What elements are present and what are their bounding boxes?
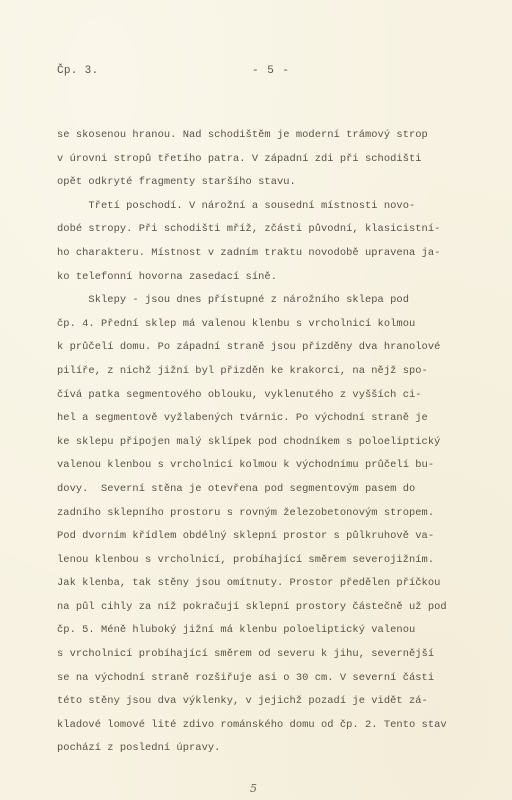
house-number-label: Čp. 3. bbox=[57, 65, 98, 77]
text-line: lenou klenbou s vrcholnicí, probíhající … bbox=[57, 549, 477, 573]
text-line: k průčelí domu. Po západní straně jsou p… bbox=[57, 336, 477, 360]
text-line: ko telefonní hovorna zasedací síně. bbox=[57, 266, 477, 290]
text-line: Jak klenba, tak stěny jsou omítnuty. Pro… bbox=[57, 572, 477, 596]
text-line: opět odkryté fragmenty staršího stavu. bbox=[57, 171, 477, 195]
text-line: této stěny jsou dva výklenky, v jejichž … bbox=[57, 690, 477, 714]
text-line: se skosenou hranou. Nad schodištěm je mo… bbox=[57, 124, 477, 148]
text-line: Sklepy - jsou dnes přístupné z nárožního… bbox=[57, 289, 477, 313]
text-line: dovy. Severní stěna je otevřena pod segm… bbox=[57, 478, 477, 502]
text-line: dobé stropy. Při schodišti mříž, zčásti … bbox=[57, 218, 477, 242]
text-line: s vrcholnicí probíhající směrem od sever… bbox=[57, 643, 477, 667]
text-line: kladové lomové lité zdivo románského dom… bbox=[57, 714, 477, 738]
body-text: se skosenou hranou. Nad schodištěm je mo… bbox=[57, 124, 477, 761]
text-line: v úrovni stropů třetího patra. V západní… bbox=[57, 148, 477, 172]
text-line: čp. 5. Méně hluboký jižní má klenbu polo… bbox=[57, 619, 477, 643]
text-line: Pod dvorním křídlem obdélný sklepní pros… bbox=[57, 525, 477, 549]
text-line: zadního sklepního prostoru s rovným žele… bbox=[57, 502, 477, 526]
document-page: Čp. 3. - 5 - se skosenou hranou. Nad sch… bbox=[0, 0, 512, 800]
text-line: čp. 4. Přední sklep má valenou klenbu s … bbox=[57, 313, 477, 337]
handwritten-page-mark: 5 bbox=[250, 782, 257, 795]
text-line: se na východní straně rozšiřuje asi o 30… bbox=[57, 667, 477, 691]
text-line: čívá patka segmentového oblouku, vyklenu… bbox=[57, 384, 477, 408]
text-line: pilíře, z nichž jižní byl přizděn ke kra… bbox=[57, 360, 477, 384]
text-line: valenou klenbou s vrcholnicí kolmou k vý… bbox=[57, 454, 477, 478]
page-number: - 5 - bbox=[252, 65, 290, 77]
text-line: pochází z poslední úpravy. bbox=[57, 737, 477, 761]
text-line: na půl cihly za níž pokračují sklepní pr… bbox=[57, 596, 477, 620]
text-line: ke sklepu připojen malý sklípek pod chod… bbox=[57, 431, 477, 455]
text-line: ho charakteru. Místnost v zadním traktu … bbox=[57, 242, 477, 266]
text-line: Třetí poschodí. V nárožní a sousední mís… bbox=[57, 195, 477, 219]
text-line: hel a segmentově vyžlabených tvárnic. Po… bbox=[57, 407, 477, 431]
